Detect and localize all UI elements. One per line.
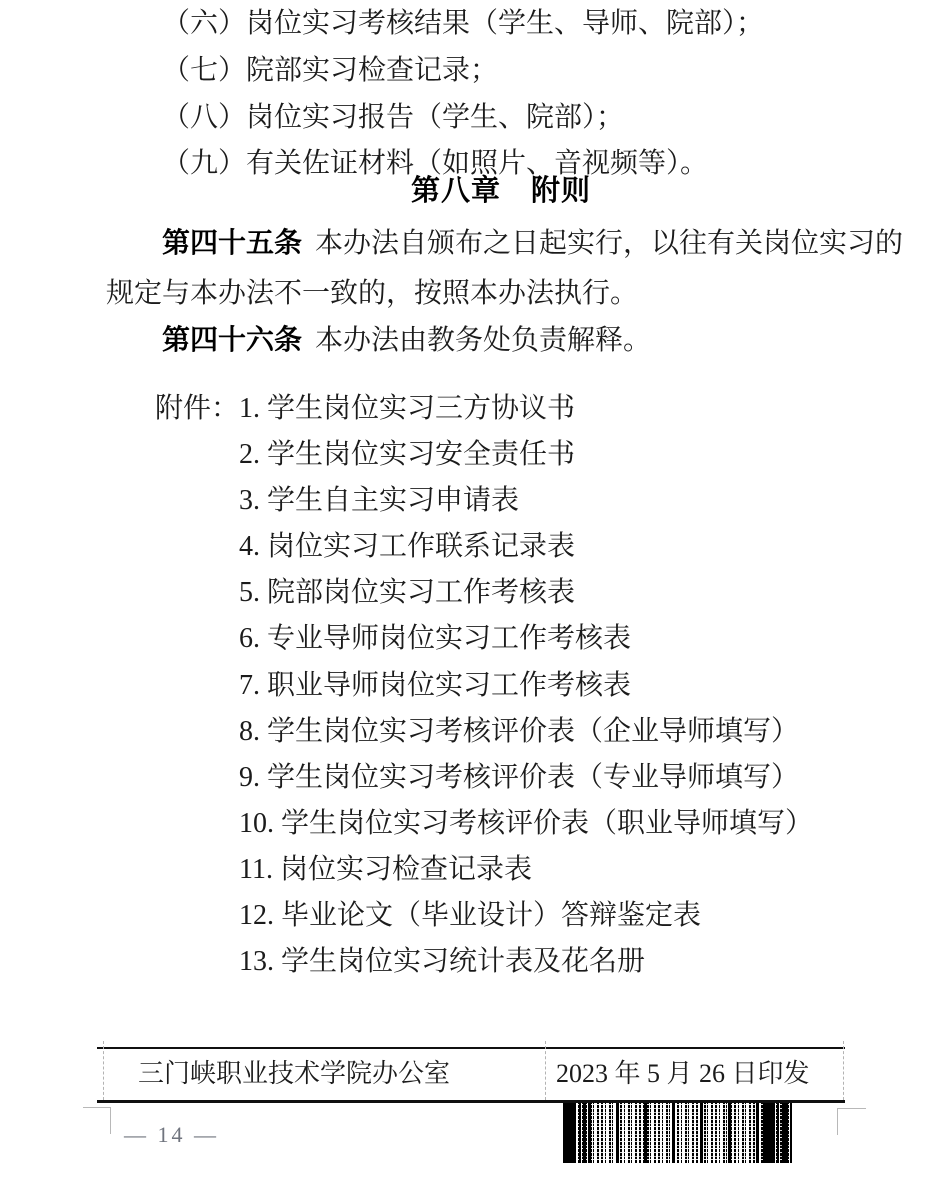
attachment-item: 3. 学生自主实习申请表 xyxy=(239,478,813,524)
attachment-item: 10. 学生岗位实习考核评价表（职业导师填写） xyxy=(239,801,813,847)
clause-text: （七）院部实习检查记录； xyxy=(162,55,498,86)
footer-issuer: 三门峡职业技术学院办公室 xyxy=(138,1057,450,1091)
attachment-item: 2. 学生岗位实习安全责任书 xyxy=(239,432,813,478)
footer-table-right-border xyxy=(843,1041,844,1100)
attachment-item: 13. 学生岗位实习统计表及花名册 xyxy=(239,939,813,985)
attachment-item: 6. 专业导师岗位实习工作考核表 xyxy=(239,616,813,662)
article-46-term: 第四十六条 xyxy=(162,325,302,356)
attachment-item: 7. 职业导师岗位实习工作考核表 xyxy=(239,663,813,709)
article-45-text: 本办法自颁布之日起实行，以往有关岗位实习的 xyxy=(315,228,903,259)
attachment-item: 8. 学生岗位实习考核评价表（企业导师填写） xyxy=(239,709,813,755)
attachment-item: 9. 学生岗位实习考核评价表（专业导师填写） xyxy=(239,755,813,801)
article-45-term: 第四十五条 xyxy=(162,228,302,259)
attachments-label: 附件： xyxy=(155,386,239,432)
article-45-text-cont: 规定与本办法不一致的，按照本办法执行。 xyxy=(106,278,638,309)
attachments-section: 附件： 1. 学生岗位实习三方协议书 2. 学生岗位实习安全责任书 3. 学生自… xyxy=(155,386,813,985)
clause-item-7: （七）院部实习检查记录； xyxy=(106,48,949,94)
footer-table-top-border xyxy=(97,1047,845,1049)
footer-table-left-border xyxy=(103,1041,104,1100)
barcode-image xyxy=(563,1103,792,1163)
article-45-line-1: 第四十五条本办法自颁布之日起实行，以往有关岗位实习的 xyxy=(106,221,949,267)
attachment-item: 12. 毕业论文（毕业设计）答辩鉴定表 xyxy=(239,893,813,939)
article-46-line: 第四十六条本办法由教务处负责解释。 xyxy=(106,318,949,364)
footer-print-date: 2023 年 5 月 26 日印发 xyxy=(556,1057,810,1091)
attachments-list: 1. 学生岗位实习三方协议书 2. 学生岗位实习安全责任书 3. 学生自主实习申… xyxy=(239,386,813,985)
clause-item-8: （八）岗位实习报告（学生、院部）； xyxy=(106,95,949,141)
footer-table-divider xyxy=(545,1041,546,1100)
clause-text: （八）岗位实习报告（学生、院部）； xyxy=(162,102,624,133)
attachment-item: 1. 学生岗位实习三方协议书 xyxy=(239,386,813,432)
page-number: — 14 — xyxy=(124,1121,219,1149)
document-page: （六）岗位实习考核结果（学生、导师、院部）； （七）院部实习检查记录； （八）岗… xyxy=(0,0,949,1179)
clause-text: （六）岗位实习考核结果（学生、导师、院部）； xyxy=(162,8,764,39)
clause-item-6: （六）岗位实习考核结果（学生、导师、院部）； xyxy=(106,1,949,47)
article-46-text: 本办法由教务处负责解释。 xyxy=(315,325,651,356)
corner-mark-right xyxy=(837,1108,866,1135)
attachment-item: 5. 院部岗位实习工作考核表 xyxy=(239,570,813,616)
attachment-item: 11. 岗位实习检查记录表 xyxy=(239,847,813,893)
chapter-heading: 第八章 附则 xyxy=(106,169,896,213)
article-45-line-2: 规定与本办法不一致的，按照本办法执行。 xyxy=(106,271,906,317)
corner-mark-left xyxy=(83,1107,111,1134)
attachment-item: 4. 岗位实习工作联系记录表 xyxy=(239,524,813,570)
